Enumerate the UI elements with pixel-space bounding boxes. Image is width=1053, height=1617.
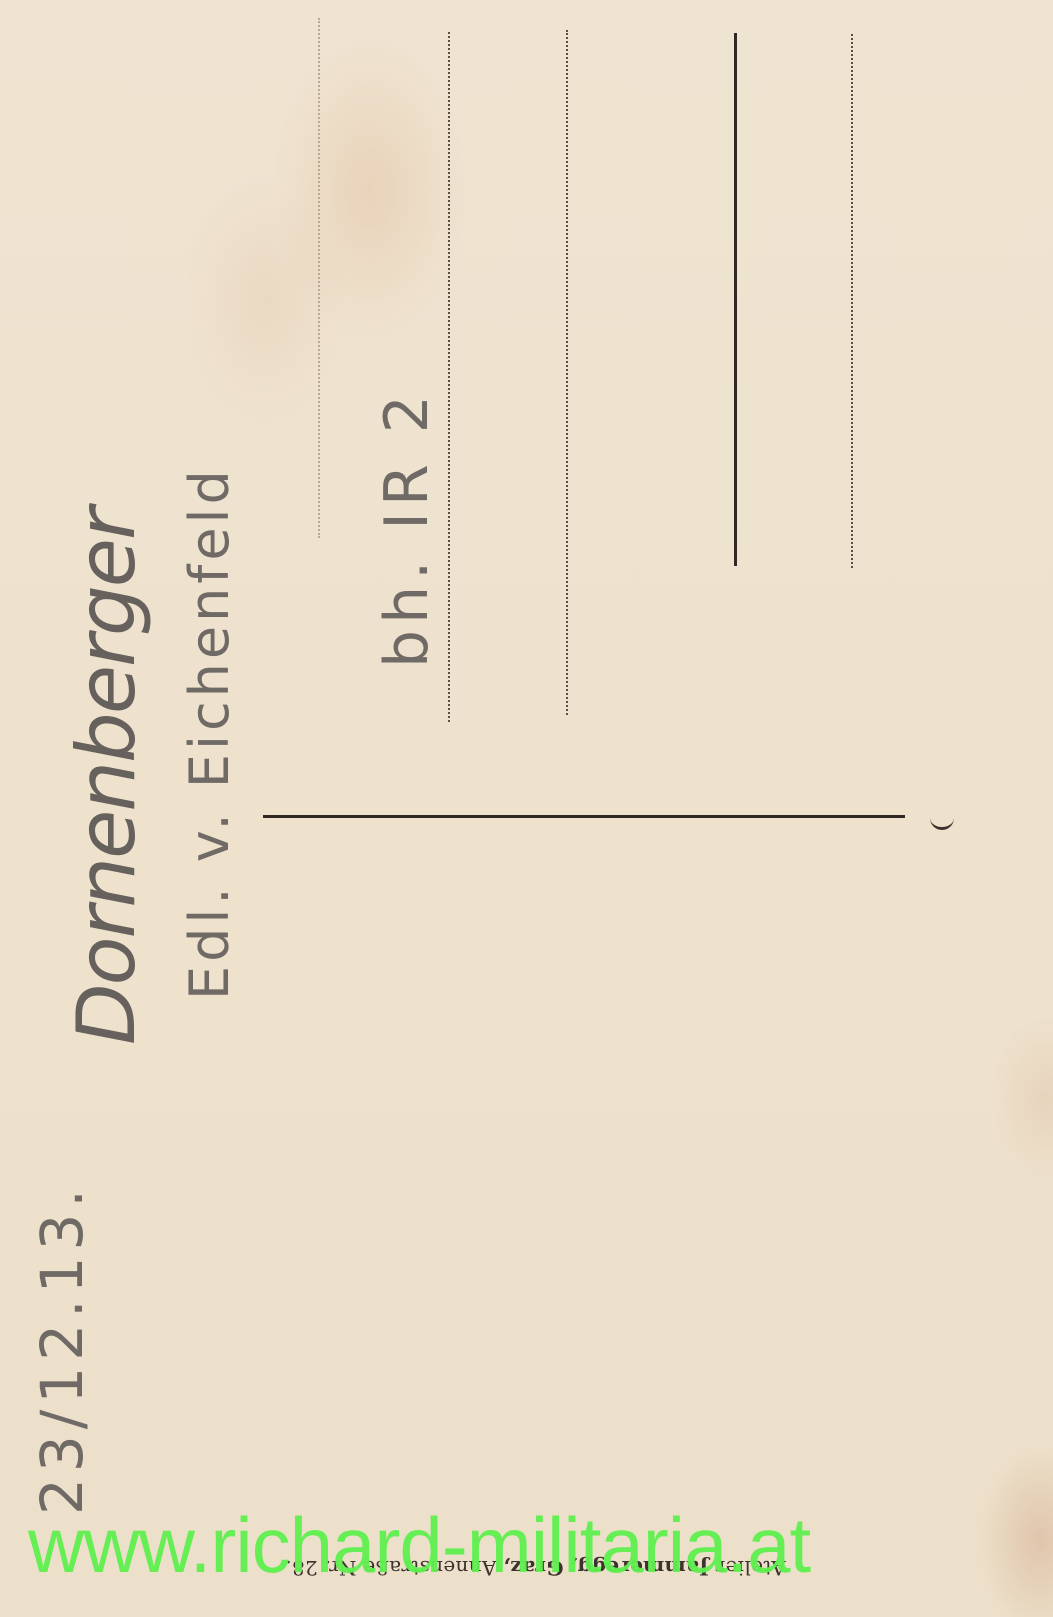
watermark: www.richard-militaria.at — [28, 1500, 810, 1591]
address-line-1 — [448, 32, 450, 722]
center-divider-faint — [318, 18, 320, 538]
pencil-name: Dornenberger — [60, 509, 153, 1045]
pencil-date: 23/12.13. — [28, 1183, 96, 1515]
address-line-4 — [851, 34, 853, 568]
pencil-title-line: Edl. v. Eichenfeld — [178, 466, 241, 1000]
pencil-unit: bh. IR 2 — [372, 389, 442, 668]
printed-mark-icon — [930, 815, 954, 830]
postcard-back: 23/12.13. Dornenberger Edl. v. Eichenfel… — [0, 0, 1053, 1617]
address-line-3-solid — [734, 33, 737, 566]
horizontal-divider — [263, 815, 905, 818]
address-line-2 — [566, 30, 568, 715]
